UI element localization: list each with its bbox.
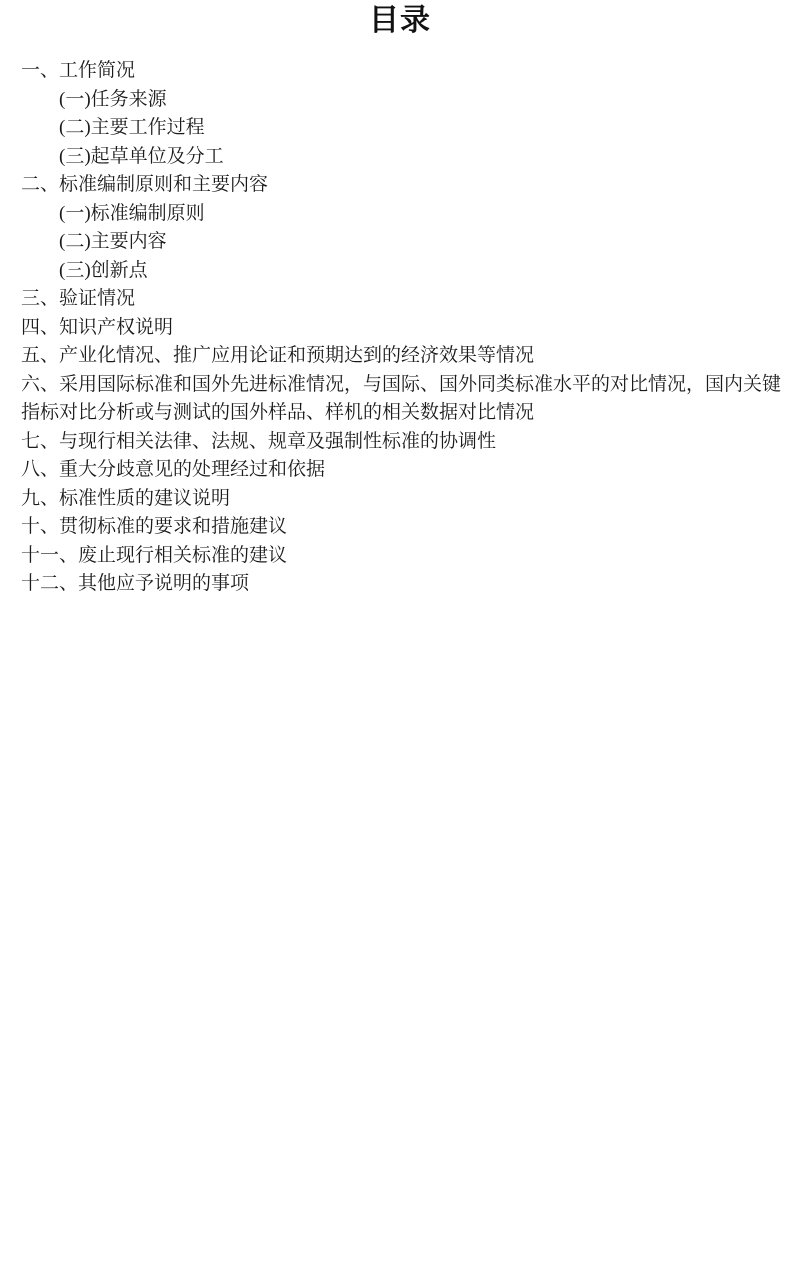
table-of-contents: 一、工作简况 (一)任务来源 (二)主要工作过程 (三)起草单位及分工 二、标准… [21,57,792,599]
toc-item: (三)起草单位及分工 [21,143,792,172]
toc-item: (二)主要内容 [21,228,792,257]
toc-item: 八、重大分歧意见的处理经过和依据 [21,456,792,485]
toc-item: 四、知识产权说明 [21,314,792,343]
document-page: 目录 一、工作简况 (一)任务来源 (二)主要工作过程 (三)起草单位及分工 二… [0,0,800,1278]
toc-item: 十一、废止现行相关标准的建议 [21,542,792,571]
toc-item: 九、标准性质的建议说明 [21,485,792,514]
toc-item: 七、与现行相关法律、法规、规章及强制性标准的协调性 [21,428,792,457]
toc-item: 六、采用国际标准和国外先进标准情况，与国际、国外同类标准水平的对比情况，国内关键… [21,371,792,428]
toc-item: 五、产业化情况、推广应用论证和预期达到的经济效果等情况 [21,342,792,371]
toc-item: 二、标准编制原则和主要内容 [21,171,792,200]
page-title: 目录 [21,5,779,37]
toc-item: 三、验证情况 [21,285,792,314]
toc-item: 一、工作简况 [21,57,792,86]
toc-item: 十、贯彻标准的要求和措施建议 [21,513,792,542]
toc-item: (三)创新点 [21,257,792,286]
toc-item: (二)主要工作过程 [21,114,792,143]
toc-item: (一)标准编制原则 [21,200,792,229]
toc-item: 十二、其他应予说明的事项 [21,570,792,599]
toc-item: (一)任务来源 [21,86,792,115]
